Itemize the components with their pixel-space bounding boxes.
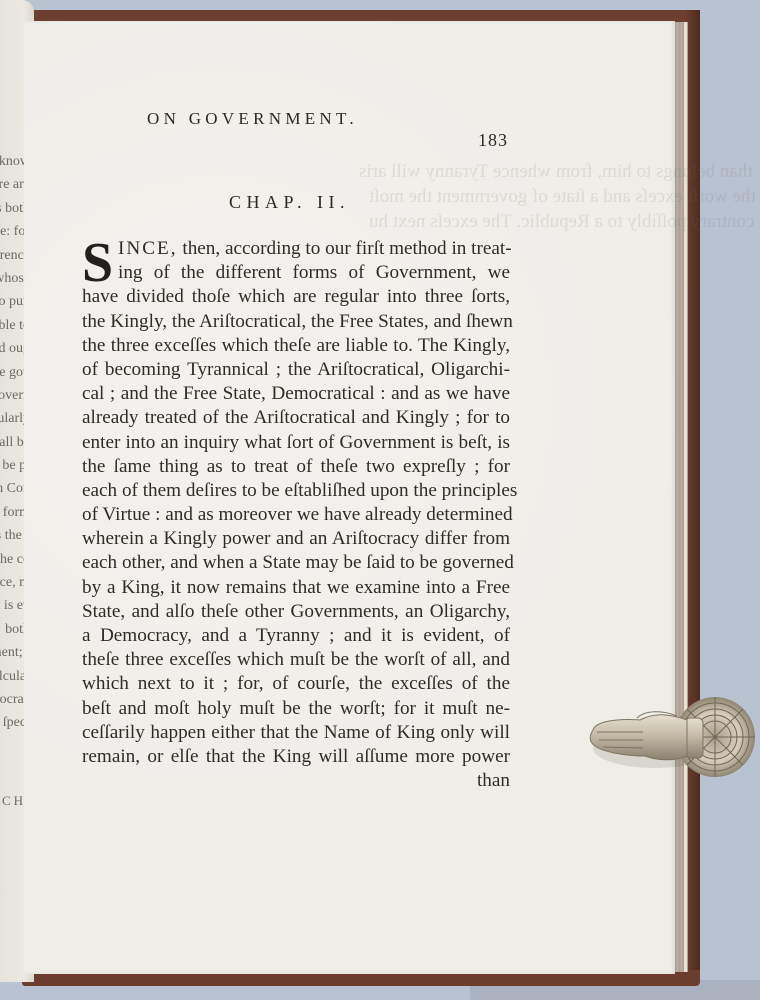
text-line: a Democracy, and a Tyranny ; and it is e… xyxy=(82,624,510,648)
text-line: cal ; and the Free State, Democratical :… xyxy=(82,382,510,406)
text-line: beſt and moſt holy muſt be the worſt; fo… xyxy=(82,697,510,721)
text-line: ceſſarily happen either that the Name of… xyxy=(82,721,510,745)
body-text: INCE, then, according to our firſt metho… xyxy=(82,237,510,793)
text-line: State, and alſo theſe other Governments,… xyxy=(82,600,510,624)
catchword: than xyxy=(82,769,510,793)
running-head: ON GOVERNMENT. xyxy=(147,109,520,129)
text-line: enter into an inquiry what ſort of Gover… xyxy=(82,431,510,455)
hand-clip-icon xyxy=(585,690,760,785)
first-word: INCE, xyxy=(118,238,178,259)
text-line: remain, or elſe that the King will aſſum… xyxy=(82,745,510,769)
text-line: have divided thoſe which are regular int… xyxy=(82,285,510,309)
text-line: each of them deſires to be eſtabliſhed u… xyxy=(82,479,510,503)
text-line: already treated of the Ariſtocratical an… xyxy=(82,406,510,430)
chapter-heading: CHAP. II. xyxy=(229,192,350,213)
text-line: the Kingly, the Ariſtocratical, the Free… xyxy=(82,310,510,334)
text-line: of becoming Tyrannical ; the Ariſtocrati… xyxy=(82,358,510,382)
text-line: wherein a Kingly power and an Ariſtocrac… xyxy=(82,527,510,551)
book-spine-edge xyxy=(686,10,700,970)
text-line: theſe three exceſſes which muſt be the w… xyxy=(82,648,510,672)
bleed-through-line: contrary poſſibly to a Republic. The exc… xyxy=(369,211,754,233)
text-line: ing of the different forms of Government… xyxy=(82,261,510,285)
text-line: each other, and when a State may be ſaid… xyxy=(82,551,510,575)
text-line: of Virtue : and as moreover we have alre… xyxy=(82,503,510,527)
text-line: INCE, then, according to our firſt metho… xyxy=(82,237,510,261)
text-line: the three exceſſes which theſe are liabl… xyxy=(82,334,510,358)
text-line: the ſame thing as to treat of theſe two … xyxy=(82,455,510,479)
bleed-through-line: than belongs to him, from whence Tyranny… xyxy=(359,161,753,183)
text-line-content: then, according to our firſt method in t… xyxy=(178,238,512,259)
page-number: 183 xyxy=(478,130,508,151)
text-line: by a King, it now remains that we examin… xyxy=(82,576,510,600)
text-line: which next to it ; for, of courſe, the e… xyxy=(82,672,510,696)
bleed-through-line: the worſt exceſs and a ſtate of governme… xyxy=(369,186,756,208)
